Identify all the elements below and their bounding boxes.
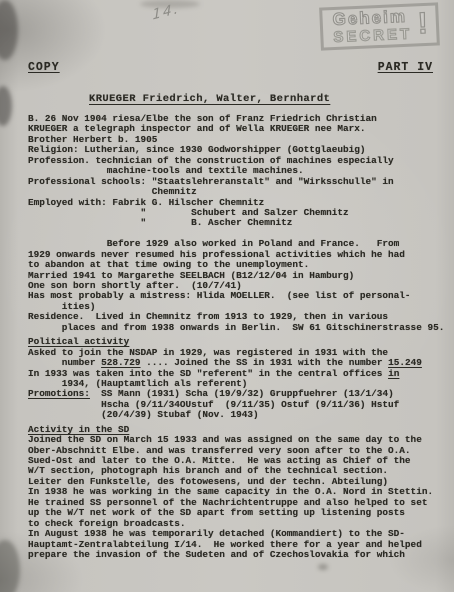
underlined-text: in [388,368,399,379]
copy-label: COPY [28,61,60,74]
doc-line: Chemnitz [28,187,448,197]
scanned-document-page: 14. Geheim SECRET ! COPY PART IV KRUEGER… [0,0,454,592]
text-segment: In 1933 was taken into the SD "referent"… [28,368,388,379]
part-label: PART IV [378,61,433,74]
text-segment: SS Mann (1931) Scha (19/9/32) Gruppfuehr… [90,388,394,399]
stamp-geheim-label: Geheim [332,8,412,28]
document-body: B. 26 Nov 1904 riesa/Elbe the son of Fra… [28,114,448,560]
doc-section: Political activityAsked to join the NSDA… [28,337,448,421]
stamp-exclamation: ! [417,7,428,41]
doc-line: (20/4/39) Stubaf (Nov. 1943) [28,410,448,420]
doc-line: to abandon at that time owing to the une… [28,260,448,270]
underlined-text: 15.249 [388,357,422,368]
doc-line: prepare the invasion of the Sudeten and … [28,550,448,560]
doc-section: B. 26 Nov 1904 riesa/Elbe the son of Fra… [28,114,448,333]
doc-line: places and from 1938 onwards in Berlin. … [28,323,448,333]
secrecy-stamp: Geheim SECRET ! [319,2,440,50]
underlined-text: 528.729 [101,357,140,368]
text-segment: .... Joined the SS in 1931 with the numb… [141,357,389,368]
stamp-words: Geheim SECRET [332,8,412,45]
doc-line: " B. Ascher Chemnitz [28,218,448,228]
underlined-text: Promotions: [28,388,90,399]
paper-smudge [318,564,328,570]
paper-smudge [0,540,20,592]
doc-section: Activity in the SDJoined the SD on March… [28,425,448,561]
doc-line: In August 1938 he was temporarily detach… [28,529,448,539]
stamp-secret-label: SECRET [333,27,412,45]
text-segment: number [28,357,101,368]
page-title: KRUEGER Friedrich, Walter, Bernhardt [89,93,330,105]
paper-smudge [0,86,12,126]
doc-line: Joined the SD on March 15 1933 and was a… [28,435,448,445]
paper-smudge [0,0,18,60]
